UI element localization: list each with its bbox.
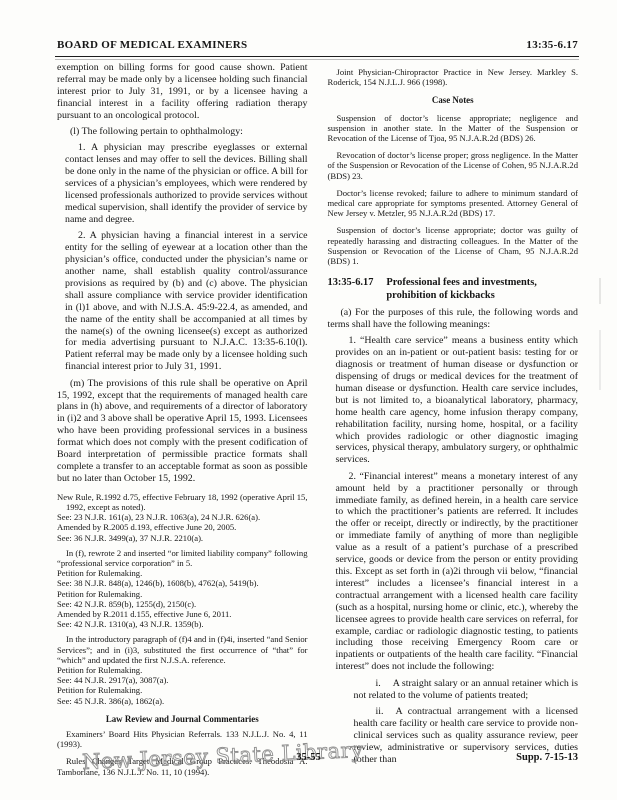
scan-artifact bbox=[599, 278, 601, 304]
header-rule bbox=[55, 56, 579, 57]
note-paragraph: Suspension of doctor’s license appropria… bbox=[328, 113, 579, 144]
numbered-paragraph: 2. “Financial interest” means a monetary… bbox=[336, 471, 579, 673]
history-note-line: See: 38 N.J.R. 848(a), 1246(b), 1608(b),… bbox=[57, 578, 308, 588]
history-note-line: Petition for Rulemaking. bbox=[57, 568, 308, 578]
numbered-paragraph: 2. A physician having a financial intere… bbox=[65, 230, 308, 373]
history-note-line: New Rule, R.1992 d.75, effective Februar… bbox=[57, 492, 308, 512]
note-paragraph: In the introductory paragraph of (f)4 an… bbox=[57, 634, 308, 665]
roman-item: i.A straight salary or an annual retaine… bbox=[354, 678, 579, 702]
paragraph: (a) For the purposes of this rule, the f… bbox=[328, 307, 579, 331]
history-note-line: Amended by R.2005 d.193, effective June … bbox=[57, 522, 308, 532]
history-note-line: Amended by R.2011 d.155, effective June … bbox=[57, 609, 308, 619]
section-heading: 13:35-6.17Professional fees and investme… bbox=[328, 277, 579, 302]
supplement-date: Supp. 7-15-13 bbox=[516, 752, 578, 763]
history-note-line: See: 36 N.J.R. 3499(a), 37 N.J.R. 2210(a… bbox=[57, 533, 308, 543]
history-note-line: Petition for Rulemaking. bbox=[57, 589, 308, 599]
note-paragraph: Revocation of doctor’s license proper; g… bbox=[328, 150, 579, 181]
paragraph-continuation: exemption on billing forms for good caus… bbox=[57, 62, 308, 122]
center-heading: Case Notes bbox=[328, 95, 579, 105]
item-label: ii. bbox=[376, 706, 384, 717]
paragraph: (l) The following pertain to ophthalmolo… bbox=[57, 126, 308, 138]
two-column-body: exemption on billing forms for good caus… bbox=[57, 62, 578, 777]
note-paragraph: Joint Physician-Chiropractor Practice in… bbox=[328, 67, 579, 87]
item-label: i. bbox=[376, 678, 381, 689]
history-note-line: Petition for Rulemaking. bbox=[57, 685, 308, 695]
numbered-paragraph: 1. “Health care service” means a busines… bbox=[336, 335, 579, 466]
center-heading: Law Review and Journal Commentaries bbox=[57, 714, 308, 724]
history-note-line: See: 42 N.J.R. 1310(a), 43 N.J.R. 1359(b… bbox=[57, 619, 308, 629]
scan-artifact bbox=[599, 330, 601, 390]
header-section-number: 13:35-6.17 bbox=[526, 39, 578, 51]
section-title: Professional fees and investments, prohi… bbox=[386, 277, 536, 302]
numbered-paragraph: 1. A physician may prescribe eyeglasses … bbox=[65, 142, 308, 225]
paragraph: (m) The provisions of this rule shall be… bbox=[57, 378, 308, 485]
note-paragraph: In (f), rewrote 2 and inserted “or limit… bbox=[57, 548, 308, 568]
note-paragraph: Doctor’s license revoked; failure to adh… bbox=[328, 188, 579, 219]
history-note-line: See: 44 N.J.R. 2917(a), 3087(a). bbox=[57, 675, 308, 685]
page-header: BOARD OF MEDICAL EXAMINERS 13:35-6.17 bbox=[57, 39, 578, 51]
header-rule-ghost bbox=[55, 59, 579, 60]
right-column: Joint Physician-Chiropractor Practice in… bbox=[328, 62, 579, 777]
header-title: BOARD OF MEDICAL EXAMINERS bbox=[57, 39, 247, 51]
note-paragraph: Suspension of doctor’s license appropria… bbox=[328, 225, 579, 266]
page-footer: New Jersey State Library 35-55 Supp. 7-1… bbox=[0, 738, 617, 800]
history-note-line: See: 45 N.J.R. 386(a), 1862(a). bbox=[57, 696, 308, 706]
left-column: exemption on billing forms for good caus… bbox=[57, 62, 308, 777]
section-number: 13:35-6.17 bbox=[328, 277, 374, 302]
history-note-line: Petition for Rulemaking. bbox=[57, 665, 308, 675]
history-note-line: See: 23 N.J.R. 161(a), 23 N.J.R. 1063(a)… bbox=[57, 512, 308, 522]
document-page: BOARD OF MEDICAL EXAMINERS 13:35-6.17 ex… bbox=[0, 0, 617, 800]
history-note-line: See: 42 N.J.R. 859(b), 1255(d), 2150(c). bbox=[57, 599, 308, 609]
